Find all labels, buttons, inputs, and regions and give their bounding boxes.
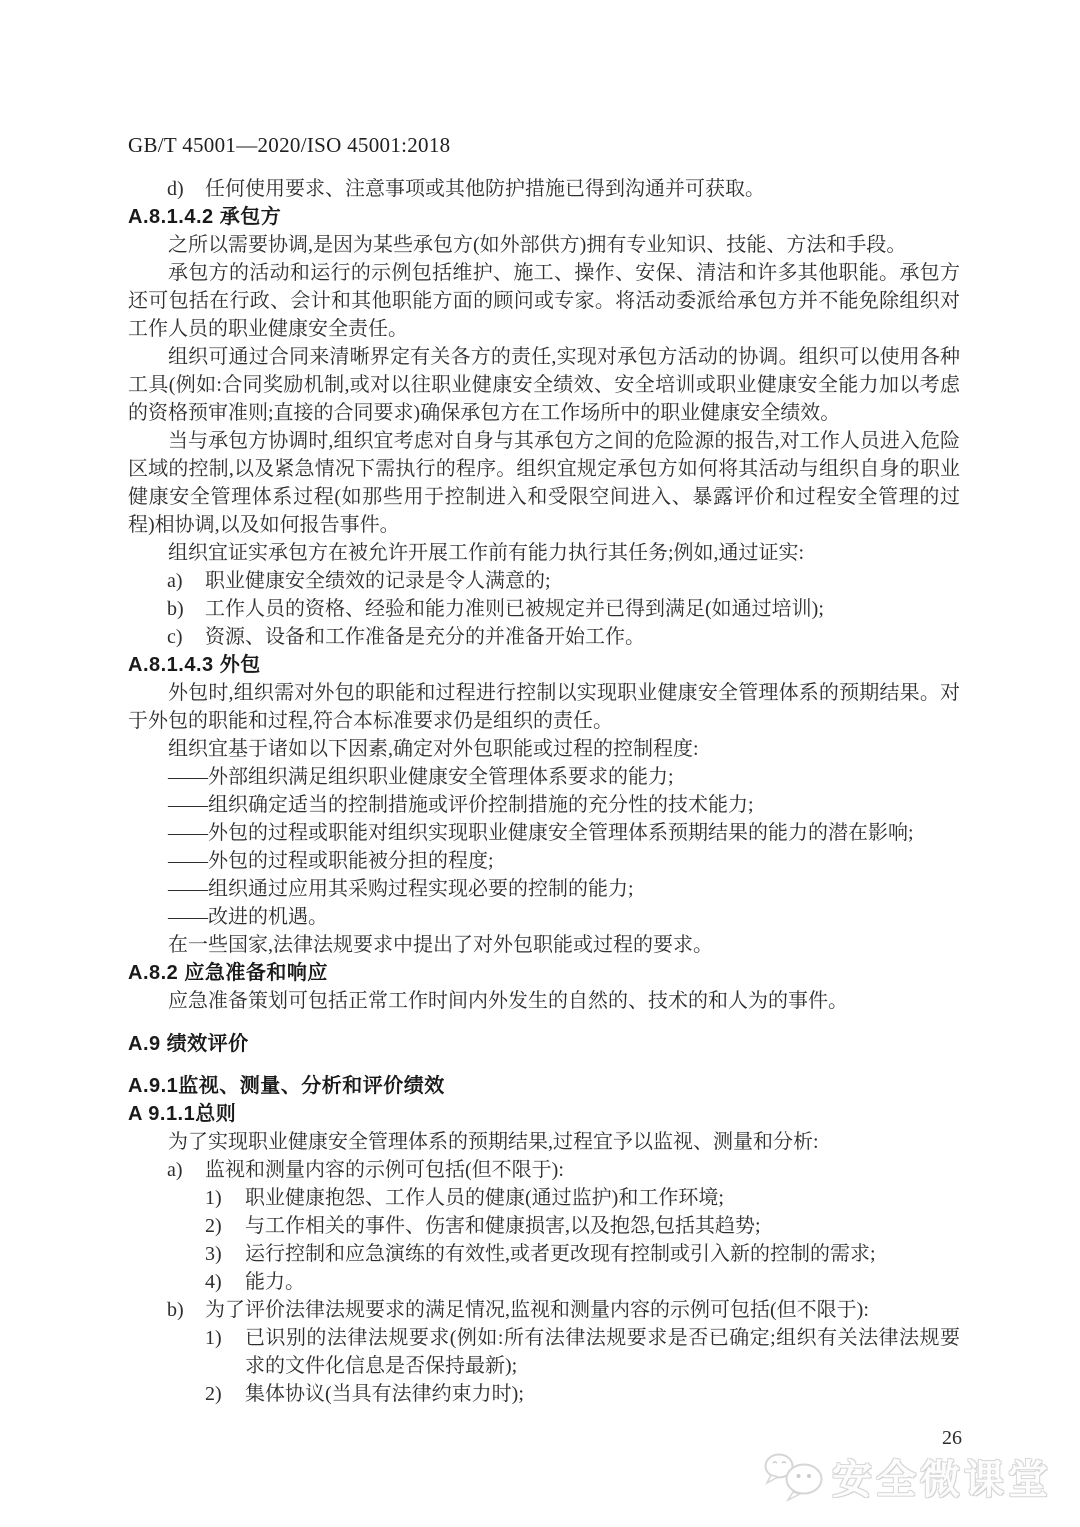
- section-heading: A.9.1监视、测量、分析和评价绩效: [128, 1072, 960, 1100]
- list-item-label: 4): [205, 1268, 222, 1296]
- paragraph: 承包方的活动和运行的示例包括维护、施工、操作、安保、清洁和许多其他职能。承包方还…: [128, 259, 960, 343]
- list-item-text: 为了评价法律法规要求的满足情况,监视和测量内容的示例可包括(但不限于):: [205, 1299, 869, 1321]
- list-item-text: 职业健康抱怨、工作人员的健康(通过监护)和工作环境;: [245, 1187, 724, 1209]
- list-item-label: 3): [205, 1240, 222, 1268]
- section-heading: A.9 绩效评价: [128, 1030, 960, 1058]
- paragraph: 应急准备策划可包括正常工作时间内外发生的自然的、技术的和人为的事件。: [128, 987, 960, 1015]
- paragraph: 组织可通过合同来清晰界定有关各方的责任,实现对承包方活动的协调。组织可以使用各种…: [128, 343, 960, 427]
- list-item-label: c): [167, 623, 183, 651]
- list-item-text: 已识别的法律法规要求(例如:所有法律法规要求是否已确定;组织有关法律法规要求的文…: [245, 1327, 960, 1377]
- list-item-text: 监视和测量内容的示例可包括(但不限于):: [205, 1159, 564, 1181]
- numbered-list-item: 2)集体协议(当具有法律约束力时);: [128, 1380, 960, 1408]
- section-heading: A.8.1.4.2 承包方: [128, 203, 960, 231]
- lettered-list-item: b)工作人员的资格、经验和能力准则已被规定并已得到满足(如通过培训);: [128, 595, 960, 623]
- dash-list-item: ——组织通过应用其采购过程实现必要的控制的能力;: [128, 875, 960, 903]
- list-item-label: b): [167, 595, 184, 623]
- lettered-list-item: c)资源、设备和工作准备是充分的并准备开始工作。: [128, 623, 960, 651]
- dash-list-item: ——改进的机遇。: [128, 903, 960, 931]
- watermark-label: 安全微课堂: [832, 1448, 1052, 1505]
- dash-list-item: ——外包的过程或职能被分担的程度;: [128, 847, 960, 875]
- paragraph: 为了实现职业健康安全管理体系的预期结果,过程宜予以监视、测量和分析:: [128, 1128, 960, 1156]
- document-body: d)任何使用要求、注意事项或其他防护措施已得到沟通并可获取。A.8.1.4.2 …: [128, 175, 960, 1408]
- list-item-text: 职业健康安全绩效的记录是令人满意的;: [205, 570, 551, 592]
- list-item-text: 资源、设备和工作准备是充分的并准备开始工作。: [205, 626, 645, 648]
- list-item-label: 2): [205, 1380, 222, 1408]
- dash-list-item: ——外部组织满足组织职业健康安全管理体系要求的能力;: [128, 763, 960, 791]
- numbered-list-item: 1)已识别的法律法规要求(例如:所有法律法规要求是否已确定;组织有关法律法规要求…: [128, 1324, 960, 1380]
- paragraph: 当与承包方协调时,组织宜考虑对自身与其承包方之间的危险源的报告,对工作人员进入危…: [128, 427, 960, 539]
- list-item-text: 运行控制和应急演练的有效性,或者更改现有控制或引入新的控制的需求;: [245, 1243, 876, 1265]
- numbered-list-item: 2)与工作相关的事件、伤害和健康损害,以及抱怨,包括其趋势;: [128, 1212, 960, 1240]
- standard-number-header: GB/T 45001—2020/ISO 45001:2018: [128, 133, 960, 157]
- list-item-text: 能力。: [245, 1271, 305, 1293]
- document-content: GB/T 45001—2020/ISO 45001:2018 d)任何使用要求、…: [128, 133, 960, 1408]
- lettered-list-item: d)任何使用要求、注意事项或其他防护措施已得到沟通并可获取。: [128, 175, 960, 203]
- list-item-text: 与工作相关的事件、伤害和健康损害,以及抱怨,包括其趋势;: [245, 1215, 761, 1237]
- list-item-label: 1): [205, 1324, 222, 1352]
- list-item-label: 1): [205, 1184, 222, 1212]
- list-item-text: 任何使用要求、注意事项或其他防护措施已得到沟通并可获取。: [205, 178, 765, 200]
- numbered-list-item: 3)运行控制和应急演练的有效性,或者更改现有控制或引入新的控制的需求;: [128, 1240, 960, 1268]
- lettered-list-item: b)为了评价法律法规要求的满足情况,监视和测量内容的示例可包括(但不限于):: [128, 1296, 960, 1324]
- paragraph: 组织宜证实承包方在被允许开展工作前有能力执行其任务;例如,通过证实:: [128, 539, 960, 567]
- list-item-label: 2): [205, 1212, 222, 1240]
- lettered-list-item: a)监视和测量内容的示例可包括(但不限于):: [128, 1156, 960, 1184]
- paragraph: 之所以需要协调,是因为某些承包方(如外部供方)拥有专业知识、技能、方法和手段。: [128, 231, 960, 259]
- list-item-label: d): [167, 175, 184, 203]
- dash-list-item: ——组织确定适当的控制措施或评价控制措施的充分性的技术能力;: [128, 791, 960, 819]
- dash-list-item: ——外包的过程或职能对组织实现职业健康安全管理体系预期结果的能力的潜在影响;: [128, 819, 960, 847]
- lettered-list-item: a)职业健康安全绩效的记录是令人满意的;: [128, 567, 960, 595]
- page-number: 26: [942, 1426, 962, 1450]
- section-heading: A.8.1.4.3 外包: [128, 651, 960, 679]
- document-page: GB/T 45001—2020/ISO 45001:2018 d)任何使用要求、…: [0, 0, 1080, 1527]
- wechat-bubbles-icon: [762, 1449, 828, 1505]
- section-heading: A.8.2 应急准备和响应: [128, 959, 960, 987]
- list-item-label: b): [167, 1296, 184, 1324]
- list-item-text: 工作人员的资格、经验和能力准则已被规定并已得到满足(如通过培训);: [205, 598, 824, 620]
- list-item-text: 集体协议(当具有法律约束力时);: [245, 1383, 524, 1405]
- list-item-label: a): [167, 567, 183, 595]
- paragraph: 外包时,组织需对外包的职能和过程进行控制以实现职业健康安全管理体系的预期结果。对…: [128, 679, 960, 735]
- numbered-list-item: 1)职业健康抱怨、工作人员的健康(通过监护)和工作环境;: [128, 1184, 960, 1212]
- section-heading: A 9.1.1总则: [128, 1100, 960, 1128]
- paragraph: 组织宜基于诸如以下因素,确定对外包职能或过程的控制程度:: [128, 735, 960, 763]
- watermark: 安全微课堂: [762, 1448, 1052, 1505]
- numbered-list-item: 4)能力。: [128, 1268, 960, 1296]
- paragraph: 在一些国家,法律法规要求中提出了对外包职能或过程的要求。: [128, 931, 960, 959]
- list-item-label: a): [167, 1156, 183, 1184]
